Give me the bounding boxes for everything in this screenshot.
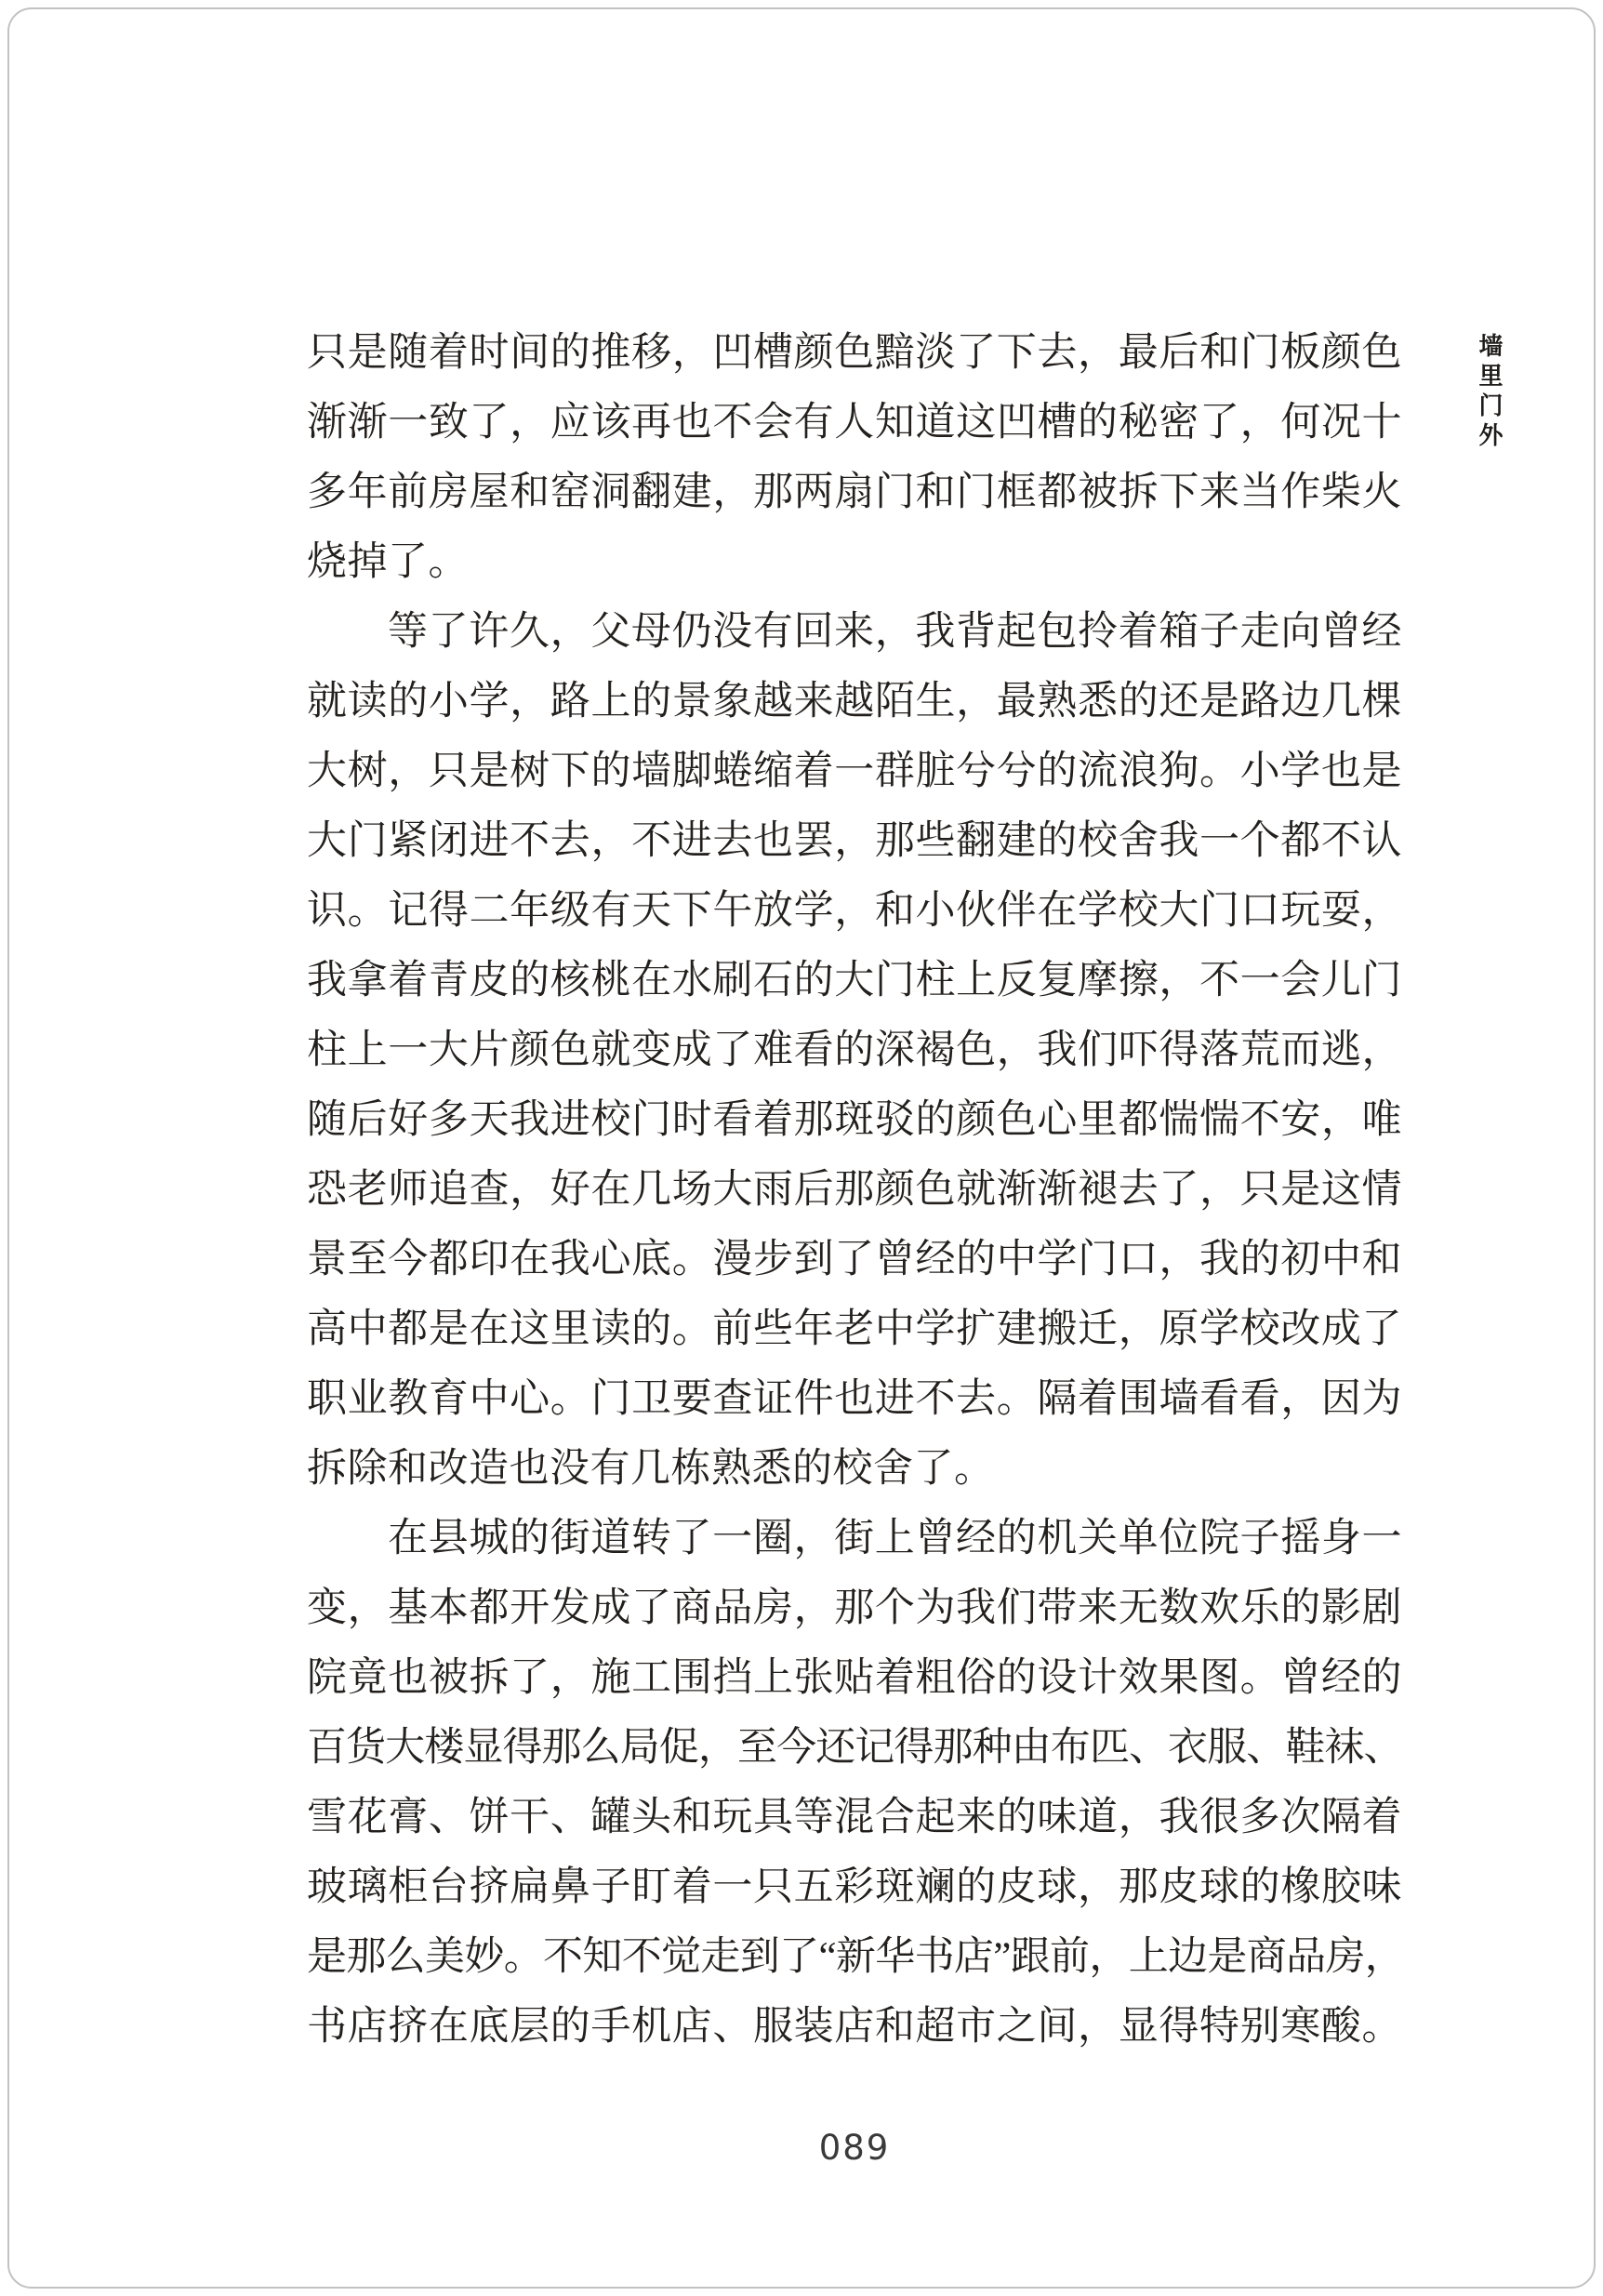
text-line: 柱上一大片颜色就变成了难看的深褐色，我们吓得落荒而逃， <box>307 1015 1402 1085</box>
text-line: 雪花膏、饼干、罐头和玩具等混合起来的味道，我很多次隔着 <box>307 1783 1402 1852</box>
page-number: 089 <box>307 2128 1402 2168</box>
text-line: 是那么美妙。不知不觉走到了“新华书店”跟前，上边是商品房， <box>307 1922 1402 1992</box>
book-page: 只是随着时间的推移，凹槽颜色黯淡了下去，最后和门板颜色渐渐一致了，应该再也不会有… <box>0 0 1603 2296</box>
text-line: 高中都是在这里读的。前些年老中学扩建搬迁，原学校改成了 <box>307 1294 1402 1364</box>
text-line: 景至今都印在我心底。漫步到了曾经的中学门口，我的初中和 <box>307 1225 1402 1294</box>
text-line: 恐老师追查，好在几场大雨后那颜色就渐渐褪去了，只是这情 <box>307 1155 1402 1225</box>
text-line: 渐渐一致了，应该再也不会有人知道这凹槽的秘密了，何况十 <box>307 388 1402 458</box>
margin-title: 墙里门外 <box>1472 333 1506 452</box>
text-line: 多年前房屋和窑洞翻建，那两扇门和门框都被拆下来当作柴火 <box>307 458 1402 527</box>
text-line: 百货大楼显得那么局促，至今还记得那种由布匹、衣服、鞋袜、 <box>307 1713 1402 1783</box>
text-line: 随后好多天我进校门时看着那斑驳的颜色心里都惴惴不安，唯 <box>307 1085 1402 1155</box>
text-line: 我拿着青皮的核桃在水刷石的大门柱上反复摩擦，不一会儿门 <box>307 946 1402 1015</box>
text-line: 玻璃柜台挤扁鼻子盯着一只五彩斑斓的皮球，那皮球的橡胶味 <box>307 1852 1402 1922</box>
text-line: 大门紧闭进不去，不进去也罢，那些翻建的校舍我一个都不认 <box>307 806 1402 876</box>
text-line: 书店挤在底层的手机店、服装店和超市之间，显得特别寒酸。 <box>307 1992 1402 2062</box>
body-text: 只是随着时间的推移，凹槽颜色黯淡了下去，最后和门板颜色渐渐一致了，应该再也不会有… <box>307 318 1402 2062</box>
text-line: 职业教育中心。门卫要查证件也进不去。隔着围墙看看，因为 <box>307 1364 1402 1434</box>
text-line: 拆除和改造也没有几栋熟悉的校舍了。 <box>307 1434 1402 1504</box>
text-line: 等了许久，父母仍没有回来，我背起包拎着箱子走向曾经 <box>307 597 1402 667</box>
text-line: 大树，只是树下的墙脚蜷缩着一群脏兮兮的流浪狗。小学也是 <box>307 737 1402 806</box>
text-line: 院竟也被拆了，施工围挡上张贴着粗俗的设计效果图。曾经的 <box>307 1643 1402 1713</box>
text-line: 变，基本都开发成了商品房，那个为我们带来无数欢乐的影剧 <box>307 1573 1402 1643</box>
text-line: 只是随着时间的推移，凹槽颜色黯淡了下去，最后和门板颜色 <box>307 318 1402 388</box>
text-line: 识。记得二年级有天下午放学，和小伙伴在学校大门口玩耍， <box>307 876 1402 946</box>
text-line: 就读的小学，路上的景象越来越陌生，最熟悉的还是路边几棵 <box>307 667 1402 737</box>
text-line: 在县城的街道转了一圈，街上曾经的机关单位院子摇身一 <box>307 1504 1402 1573</box>
text-line: 烧掉了。 <box>307 527 1402 597</box>
